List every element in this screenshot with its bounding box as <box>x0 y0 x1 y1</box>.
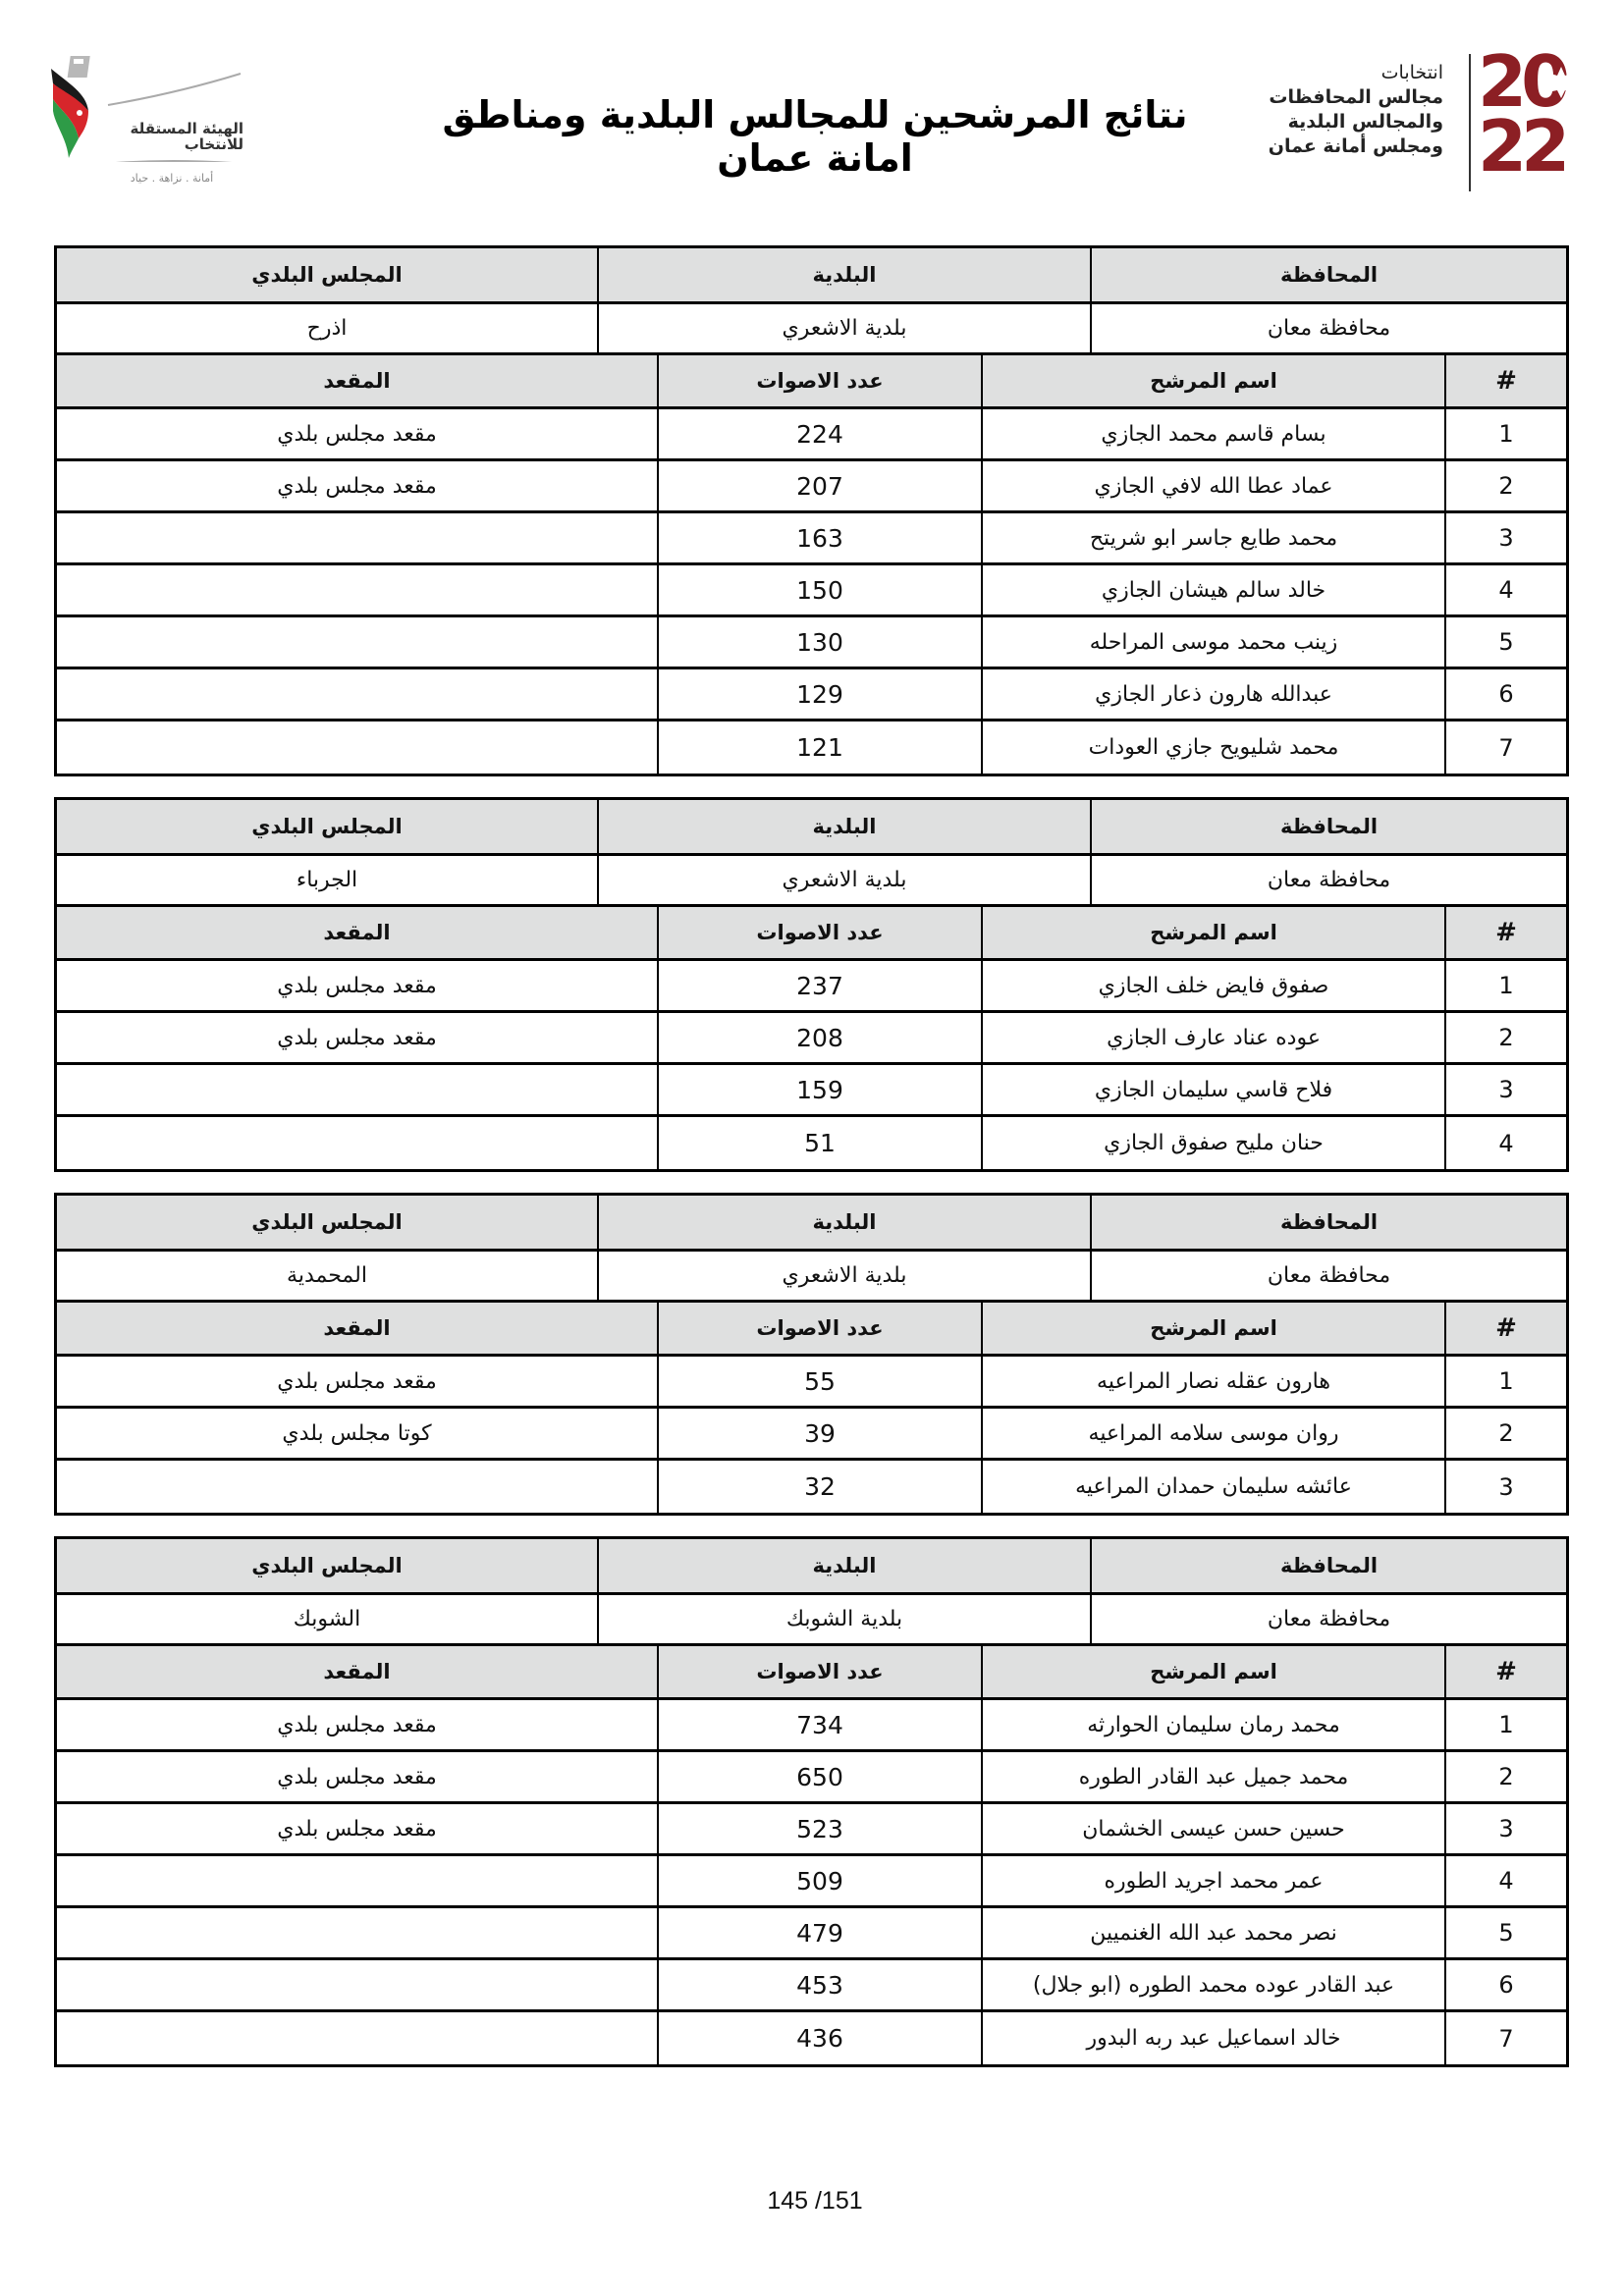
elections-logo-text: انتخابات مجالس المحافظات والمجالس البلدي… <box>1257 61 1443 159</box>
row-number: 1 <box>1444 961 1566 1010</box>
municipality-header: البلدية <box>597 800 1090 853</box>
vote-count: 237 <box>657 961 981 1010</box>
vote-count: 129 <box>657 669 981 719</box>
governorate-value: محافظة معان <box>1090 304 1566 352</box>
seat-type: مقعد مجلس بلدي <box>57 1013 657 1062</box>
meta-header-row: المحافظةالبلديةالمجلس البلدي <box>57 800 1566 856</box>
vote-count: 523 <box>657 1804 981 1853</box>
municipality-value: بلدية الاشعري <box>597 304 1090 352</box>
column-header-row: #اسم المرشحعدد الاصواتالمقعد <box>57 1646 1566 1700</box>
seat-header: المقعد <box>57 907 657 958</box>
org-name-line2: للانتخاب <box>106 136 243 152</box>
table-row: 3فلاح قاسي سليمان الجازي159 <box>57 1065 1566 1117</box>
meta-header-row: المحافظةالبلديةالمجلس البلدي <box>57 1196 1566 1252</box>
seat-header: المقعد <box>57 1646 657 1697</box>
table-row: 4خالد سالم هيشان الجازي150 <box>57 565 1566 617</box>
seat-type <box>57 617 657 667</box>
row-number: 3 <box>1444 1461 1566 1513</box>
seat-type <box>57 513 657 562</box>
seat-type <box>57 1908 657 1957</box>
candidate-name: عوده عناد عارف الجازي <box>981 1013 1444 1062</box>
logo-divider <box>1469 54 1471 191</box>
org-motto: أمانة . نزاهة . حياد <box>108 172 236 185</box>
candidate-name: عمر محمد اجريد الطوره <box>981 1856 1444 1905</box>
row-number: 1 <box>1444 409 1566 458</box>
seat-type: مقعد مجلس بلدي <box>57 961 657 1010</box>
seat-type <box>57 2012 657 2064</box>
council-value: الشوبك <box>57 1595 597 1643</box>
candidate-name: عبد القادر عوده محمد الطوره (ابو جلال) <box>981 1960 1444 2009</box>
municipality-header: البلدية <box>597 1196 1090 1249</box>
row-number: 4 <box>1444 1856 1566 1905</box>
candidate-name: خالد اسماعيل عبد ربه البدور <box>981 2012 1444 2064</box>
meta-value-row: محافظة معانبلدية الشوبكالشوبك <box>57 1595 1566 1646</box>
vote-count: 55 <box>657 1357 981 1406</box>
table-row: 6عبدالله هارون ذعار الجازي129 <box>57 669 1566 721</box>
table-row: 6عبد القادر عوده محمد الطوره (ابو جلال)4… <box>57 1960 1566 2012</box>
row-number: 4 <box>1444 565 1566 614</box>
table-row: 5زينب محمد موسى المراحله130 <box>57 617 1566 669</box>
candidate-name: عماد عطا الله لافي الجازي <box>981 461 1444 510</box>
candidate-name-header: اسم المرشح <box>981 1303 1444 1354</box>
candidate-name: حسين حسن عيسى الخشمان <box>981 1804 1444 1853</box>
vote-count: 121 <box>657 721 981 774</box>
row-number: 2 <box>1444 1409 1566 1458</box>
vote-count: 150 <box>657 565 981 614</box>
table-row: 7خالد اسماعيل عبد ربه البدور436 <box>57 2012 1566 2064</box>
seat-type <box>57 1461 657 1513</box>
vote-count: 650 <box>657 1752 981 1801</box>
governorate-header: المحافظة <box>1090 248 1566 301</box>
seat-type <box>57 1065 657 1114</box>
vote-count: 39 <box>657 1409 981 1458</box>
row-number: 5 <box>1444 617 1566 667</box>
candidate-name: حنان مليح صفوق الجازي <box>981 1117 1444 1169</box>
candidate-name: فلاح قاسي سليمان الجازي <box>981 1065 1444 1114</box>
candidate-name: روان موسى سلامه المراعيه <box>981 1409 1444 1458</box>
table-row: 1بسام قاسم محمد الجازي224مقعد مجلس بلدي <box>57 409 1566 461</box>
elections-logo-line2: مجالس المحافظات <box>1257 85 1443 110</box>
candidate-name: عبدالله هارون ذعار الجازي <box>981 669 1444 719</box>
vote-count: 734 <box>657 1700 981 1749</box>
candidate-name: صفوق فايض خلف الجازي <box>981 961 1444 1010</box>
table-row: 1صفوق فايض خلف الجازي237مقعد مجلس بلدي <box>57 961 1566 1013</box>
row-number: 5 <box>1444 1908 1566 1957</box>
municipality-value: بلدية الاشعري <box>597 856 1090 904</box>
row-number: 2 <box>1444 1752 1566 1801</box>
governorate-header: المحافظة <box>1090 1196 1566 1249</box>
meta-value-row: محافظة معانبلدية الاشعريالجرباء <box>57 856 1566 907</box>
row-number: 1 <box>1444 1357 1566 1406</box>
seat-header: المقعد <box>57 355 657 406</box>
votes-header: عدد الاصوات <box>657 355 981 406</box>
seat-type <box>57 1856 657 1905</box>
number-header: # <box>1444 907 1566 958</box>
municipality-header: البلدية <box>597 1539 1090 1592</box>
iec-logo: الهيئة المستقلة للانتخاب أمانة . نزاهة .… <box>49 54 245 191</box>
vote-count: 453 <box>657 1960 981 2009</box>
seat-type: مقعد مجلس بلدي <box>57 1700 657 1749</box>
municipality-header: البلدية <box>597 248 1090 301</box>
meta-header-row: المحافظةالبلديةالمجلس البلدي <box>57 1539 1566 1595</box>
governorate-header: المحافظة <box>1090 800 1566 853</box>
votes-header: عدد الاصوات <box>657 1303 981 1354</box>
elections-logo-line4: ومجلس أمانة عمان <box>1257 134 1443 159</box>
candidate-name: محمد جميل عبد القادر الطوره <box>981 1752 1444 1801</box>
elections-logo-line1: انتخابات <box>1257 61 1443 85</box>
seat-type: مقعد مجلس بلدي <box>57 1804 657 1853</box>
table-row: 2عماد عطا الله لافي الجازي207مقعد مجلس ب… <box>57 461 1566 513</box>
candidate-name: بسام قاسم محمد الجازي <box>981 409 1444 458</box>
table-row: 2روان موسى سلامه المراعيه39كوتا مجلس بلد… <box>57 1409 1566 1461</box>
vote-count: 479 <box>657 1908 981 1957</box>
elections-logo-line3: والمجالس البلدية <box>1257 110 1443 134</box>
meta-header-row: المحافظةالبلديةالمجلس البلدي <box>57 248 1566 304</box>
table-row: 3عائشه سليمان حمدان المراعيه32 <box>57 1461 1566 1513</box>
candidate-name-header: اسم المرشح <box>981 907 1444 958</box>
row-number: 4 <box>1444 1117 1566 1169</box>
row-number: 3 <box>1444 1065 1566 1114</box>
row-number: 2 <box>1444 1013 1566 1062</box>
table-row: 5نصر محمد عبد الله الغنميين479 <box>57 1908 1566 1960</box>
results-table: المحافظةالبلديةالمجلس البلديمحافظة معانب… <box>54 1536 1569 2067</box>
meta-value-row: محافظة معانبلدية الاشعرياذرح <box>57 304 1566 355</box>
vote-count: 207 <box>657 461 981 510</box>
governorate-value: محافظة معان <box>1090 1252 1566 1300</box>
vote-count: 130 <box>657 617 981 667</box>
row-number: 2 <box>1444 461 1566 510</box>
candidate-name: هارون عقله نصار المراعيه <box>981 1357 1444 1406</box>
seat-type <box>57 1117 657 1169</box>
council-header: المجلس البلدي <box>57 1196 597 1249</box>
council-header: المجلس البلدي <box>57 248 597 301</box>
row-number: 6 <box>1444 1960 1566 2009</box>
candidate-name: نصر محمد عبد الله الغنميين <box>981 1908 1444 1957</box>
vote-count: 32 <box>657 1461 981 1513</box>
council-value: المحمدية <box>57 1252 597 1300</box>
seat-type: مقعد مجلس بلدي <box>57 409 657 458</box>
council-header: المجلس البلدي <box>57 800 597 853</box>
table-row: 3حسين حسن عيسى الخشمان523مقعد مجلس بلدي <box>57 1804 1566 1856</box>
seat-header: المقعد <box>57 1303 657 1354</box>
council-value: اذرح <box>57 304 597 352</box>
seat-type <box>57 669 657 719</box>
number-header: # <box>1444 1646 1566 1697</box>
seat-type: مقعد مجلس بلدي <box>57 461 657 510</box>
year-bottom: 22 <box>1478 114 1586 179</box>
table-row: 1هارون عقله نصار المراعيه55مقعد مجلس بلد… <box>57 1357 1566 1409</box>
governorate-value: محافظة معان <box>1090 856 1566 904</box>
meta-value-row: محافظة معانبلدية الاشعريالمحمدية <box>57 1252 1566 1303</box>
table-row: 4عمر محمد اجريد الطوره509 <box>57 1856 1566 1908</box>
column-header-row: #اسم المرشحعدد الاصواتالمقعد <box>57 355 1566 409</box>
row-number: 3 <box>1444 1804 1566 1853</box>
page-title: نتائج المرشحين للمجالس البلدية ومناطق ام… <box>412 93 1217 180</box>
candidate-name: عائشه سليمان حمدان المراعيه <box>981 1461 1444 1513</box>
seven-point-star-icon <box>1542 63 1581 102</box>
vote-count: 163 <box>657 513 981 562</box>
council-value: الجرباء <box>57 856 597 904</box>
votes-header: عدد الاصوات <box>657 907 981 958</box>
column-header-row: #اسم المرشحعدد الاصواتالمقعد <box>57 907 1566 961</box>
number-header: # <box>1444 1303 1566 1354</box>
candidate-name: خالد سالم هيشان الجازي <box>981 565 1444 614</box>
vote-count: 224 <box>657 409 981 458</box>
org-name-line1: الهيئة المستقلة <box>106 121 243 136</box>
municipality-value: بلدية الشوبك <box>597 1595 1090 1643</box>
candidate-name: محمد طايع جاسر ابو شريتح <box>981 513 1444 562</box>
candidate-name: محمد شليويح جازي العودات <box>981 721 1444 774</box>
seat-type <box>57 721 657 774</box>
candidate-name: زينب محمد موسى المراحله <box>981 617 1444 667</box>
results-table: المحافظةالبلديةالمجلس البلديمحافظة معانب… <box>54 797 1569 1172</box>
vote-count: 436 <box>657 2012 981 2064</box>
vote-count: 51 <box>657 1117 981 1169</box>
results-table: المحافظةالبلديةالمجلس البلديمحافظة معانب… <box>54 1193 1569 1516</box>
elections-2022-logo: انتخابات مجالس المحافظات والمجالس البلدي… <box>1276 49 1591 206</box>
row-number: 7 <box>1444 2012 1566 2064</box>
row-number: 6 <box>1444 669 1566 719</box>
org-name: الهيئة المستقلة للانتخاب <box>106 121 243 152</box>
seat-type: كوتا مجلس بلدي <box>57 1409 657 1458</box>
candidate-name: محمد رمان سليمان الحوارثه <box>981 1700 1444 1749</box>
row-number: 1 <box>1444 1700 1566 1749</box>
seat-type <box>57 1960 657 2009</box>
candidate-name-header: اسم المرشح <box>981 355 1444 406</box>
table-row: 1محمد رمان سليمان الحوارثه734مقعد مجلس ب… <box>57 1700 1566 1752</box>
municipality-value: بلدية الاشعري <box>597 1252 1090 1300</box>
table-row: 7محمد شليويح جازي العودات121 <box>57 721 1566 774</box>
vote-count: 159 <box>657 1065 981 1114</box>
results-table: المحافظةالبلديةالمجلس البلديمحافظة معانب… <box>54 245 1569 776</box>
row-number: 3 <box>1444 513 1566 562</box>
votes-header: عدد الاصوات <box>657 1646 981 1697</box>
seat-type <box>57 565 657 614</box>
table-row: 4حنان مليح صفوق الجازي51 <box>57 1117 1566 1169</box>
governorate-header: المحافظة <box>1090 1539 1566 1592</box>
page-number: 145 /151 <box>687 2187 943 2216</box>
column-header-row: #اسم المرشحعدد الاصواتالمقعد <box>57 1303 1566 1357</box>
vote-count: 509 <box>657 1856 981 1905</box>
seat-type: مقعد مجلس بلدي <box>57 1357 657 1406</box>
number-header: # <box>1444 355 1566 406</box>
governorate-value: محافظة معان <box>1090 1595 1566 1643</box>
table-row: 3محمد طايع جاسر ابو شريتح163 <box>57 513 1566 565</box>
table-row: 2محمد جميل عبد القادر الطوره650مقعد مجلس… <box>57 1752 1566 1804</box>
council-header: المجلس البلدي <box>57 1539 597 1592</box>
table-row: 2عوده عناد عارف الجازي208مقعد مجلس بلدي <box>57 1013 1566 1065</box>
row-number: 7 <box>1444 721 1566 774</box>
vote-count: 208 <box>657 1013 981 1062</box>
seat-type: مقعد مجلس بلدي <box>57 1752 657 1801</box>
candidate-name-header: اسم المرشح <box>981 1646 1444 1697</box>
